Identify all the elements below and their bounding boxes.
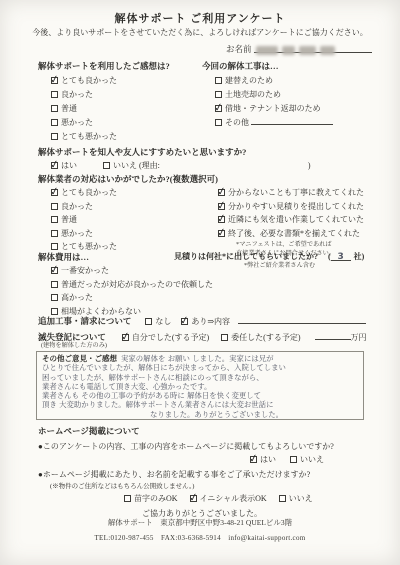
option-label: 良かった <box>61 90 93 99</box>
option-label: なし <box>155 317 171 326</box>
question-additional-work: 追加工事・請求についてなしあり⇒内容 <box>38 315 368 327</box>
note-line: *マニフェストは、ご希望であれば <box>236 241 364 250</box>
survey-option: 良かった <box>51 200 117 214</box>
footer-contact: TEL:0120-987-455 FAX:03-6368-5914 info@k… <box>0 533 400 543</box>
other-blank-line <box>251 116 333 125</box>
question-cost: 解体費用は… 見積りは何社*に出してもらいましたか?(3社) *弊社ご紹介業者さ… <box>38 251 368 263</box>
quotes-unit: 社) <box>354 252 365 261</box>
checkbox-icon <box>51 133 58 140</box>
quotes-question-text: 見積りは何社*に出してもらいましたか? <box>174 252 318 261</box>
checkbox-icon <box>215 77 222 84</box>
checkbox-icon <box>51 203 58 210</box>
checkbox-icon <box>51 119 58 126</box>
option-label: とても悪かった <box>61 132 117 141</box>
homepage-section: ホームページ掲載について ●このアンケートの内容、工事の内容をホームページに掲載… <box>38 425 368 519</box>
survey-intro: 今後、より良いサポートをさせていただく為に、よろしければアンケートにご協力くださ… <box>0 27 400 38</box>
handwritten-text: 困っていましたが、解体サポートさんに相談にのって頂きながら、 <box>42 373 358 382</box>
quotes-question: 見積りは何社*に出してもらいましたか?(3社) <box>174 251 364 262</box>
survey-option: その他 <box>215 116 333 130</box>
redacted-name <box>282 46 295 55</box>
checkbox-icon <box>145 318 152 325</box>
survey-option: 終了後、必要な書類*を揃えてくれた <box>218 227 364 241</box>
option-label: はい <box>260 455 276 464</box>
option-label: 委任した(する予定) <box>231 333 300 342</box>
checkbox-icon <box>290 456 297 463</box>
question-heading: 解体業者の対応はいかがでしたか?(複数選択可) <box>38 173 368 185</box>
survey-option: 高かった <box>51 291 213 305</box>
homepage-answer-2: 苗字のみOKイニシャル表示OKいいえ <box>124 493 368 504</box>
survey-option: 普通だったが対応が良かったので依頼した <box>51 278 213 292</box>
option-label: 苗字のみOK <box>134 494 178 503</box>
option-label: 良かった <box>61 202 93 211</box>
survey-option: とても良かった <box>51 74 170 88</box>
checkbox-icon <box>181 318 188 325</box>
comments-box: その他ご意見・ご感想実家の解体を お願い しました。実家には兄が ひとりで住んで… <box>36 351 364 420</box>
option-label: 借地・テナント返却のため <box>225 104 321 113</box>
survey-option: 分からないことも丁寧に教えてくれた <box>218 186 364 200</box>
handwritten-text: 業者さんにも電話して頂き大変、心強かったです。 <box>42 382 358 391</box>
option-label: いいえ <box>113 161 137 170</box>
checkbox-icon <box>215 119 222 126</box>
survey-option: 分かりやすい見積りを提出してくれた <box>218 200 364 214</box>
checkbox-icon <box>122 334 129 341</box>
option-label: 一番安かった <box>61 266 109 275</box>
cost-options: 一番安かった 普通だったが対応が良かったので依頼した 高かった 相場がよくわから… <box>51 264 213 318</box>
option-label: 普通 <box>61 215 77 224</box>
option-label: あり⇒内容 <box>191 317 230 326</box>
option-label: 普通だったが対応が良かったので依頼した <box>61 280 213 289</box>
redacted-name <box>299 46 316 55</box>
checkbox-icon <box>124 495 131 502</box>
reason-close: ) <box>308 161 311 170</box>
checkbox-icon <box>51 189 58 196</box>
checkbox-icon <box>51 105 58 112</box>
checkbox-icon <box>215 105 222 112</box>
name-line <box>254 44 372 53</box>
survey-option: 借地・テナント返却のため <box>215 102 333 116</box>
checkbox-icon <box>215 91 222 98</box>
question-contractor-response: 解体業者の対応はいかがでしたか?(複数選択可) とても良かった 良かった 普通 … <box>38 173 368 185</box>
question-heading: 解体サポートを利用したご感想は? <box>38 60 170 72</box>
checkbox-icon <box>51 216 58 223</box>
checkbox-icon <box>250 456 257 463</box>
amount-blank-line <box>315 331 351 340</box>
option-label: 分かりやすい見積りを提出してくれた <box>228 202 364 211</box>
question-recommend: 解体サポートを知人や友人にすすめたいと思いますか? はいいいえ (理由:) <box>38 146 368 173</box>
comments-label: その他ご意見・ご感想 <box>42 354 117 363</box>
checkbox-icon <box>51 91 58 98</box>
handwritten-text: 業者さんも その他の工事の予約がある時に 解体日を快く変更して <box>42 391 358 400</box>
details-blank-line <box>238 315 366 324</box>
footer: 解体サポート 東京都中野区中野3-48-21 QUELビル3階 TEL:0120… <box>0 517 400 543</box>
survey-option: 建替えのため <box>215 74 333 88</box>
homepage-privacy-note: (※物件のご住所などはもちろん公開致しません。) <box>50 481 368 490</box>
survey-option: 悪かった <box>51 116 170 130</box>
option-label: 悪かった <box>61 229 93 238</box>
question-heading: 解体サポートを知人や友人にすすめたいと思いますか? <box>38 146 368 158</box>
checkbox-icon <box>218 203 225 210</box>
option-label: とても良かった <box>61 76 117 85</box>
rating-options: とても良かった 良かった 普通 悪かった とても悪かった <box>51 186 117 254</box>
option-label: 近隣にも気を遣い作業してくれていた <box>228 215 364 224</box>
checkbox-icon <box>51 267 58 274</box>
survey-option: 良かった <box>51 88 170 102</box>
checkbox-icon <box>218 230 225 237</box>
question-work-type: 今回の解体工事は… 建替えのため 土地売却のため 借地・テナント返却のため その… <box>202 60 333 130</box>
quotes-count-value: 3 <box>331 252 351 261</box>
survey-option: とても良かった <box>51 186 117 200</box>
survey-option: 悪かった <box>51 227 117 241</box>
checkbox-icon <box>51 281 58 288</box>
option-label: 建替えのため <box>225 76 273 85</box>
option-label: とても良かった <box>61 188 117 197</box>
handwritten-text: なりました。ありがとうございました。 <box>150 410 358 419</box>
registration-note: (建物を解体した方のみ) <box>41 342 107 351</box>
checkbox-icon <box>51 230 58 237</box>
option-label: 終了後、必要な書類*を揃えてくれた <box>228 229 360 238</box>
checkbox-icon <box>279 495 286 502</box>
option-label: いいえ <box>300 455 324 464</box>
question-heading: 滅失登記について <box>38 332 106 342</box>
homepage-question-2: ●ホームページ掲載にあたり、お名前を記載する事をご了承いただけますか? <box>38 469 368 480</box>
checkbox-icon <box>51 308 58 315</box>
question-registration: 滅失登記について自分でした(する予定)委任した(する予定)万円 (建物を解体した… <box>38 331 368 343</box>
checkbox-icon <box>51 243 58 250</box>
amount-unit: 万円 <box>351 333 367 342</box>
redacted-name <box>256 46 278 55</box>
survey-option: とても悪かった <box>51 130 170 144</box>
survey-option: 土地売却のため <box>215 88 333 102</box>
question-impression: 解体サポートを利用したご感想は? とても良かった 良かった 普通 悪かった とて… <box>38 60 170 144</box>
footer-address: 解体サポート 東京都中野区中野3-48-21 QUELビル3階 <box>0 517 400 528</box>
comment-line: その他ご意見・ご感想実家の解体を お願い しました。実家には兄が <box>42 354 358 363</box>
survey-option: 近隣にも気を遣い作業してくれていた <box>218 213 364 227</box>
survey-option: 普通 <box>51 213 117 227</box>
option-label: 自分でした(する予定) <box>132 333 209 342</box>
redacted-name <box>320 46 335 55</box>
option-label: いいえ <box>289 494 313 503</box>
checkbox-icon <box>51 294 58 301</box>
option-label: 土地売却のため <box>225 90 281 99</box>
handwritten-text: ひとりで住んでいましたが、解体日にちが決まってから、入院してしまい <box>42 363 358 372</box>
checkbox-icon <box>218 216 225 223</box>
option-label: 高かった <box>61 293 93 302</box>
survey-option: 一番安かった <box>51 264 213 278</box>
option-label: 分からないことも丁寧に教えてくれた <box>228 188 364 197</box>
name-row: お名前 <box>226 43 372 55</box>
answer-row: はいいいえ (理由:) <box>51 159 368 173</box>
scanned-survey-sheet: 解体サポート ご利用アンケート 今後、より良いサポートをさせていただく為に、よろ… <box>0 0 400 565</box>
survey-title: 解体サポート ご利用アンケート <box>0 10 400 26</box>
section-heading: ホームページ掲載について <box>38 425 368 437</box>
option-label: その他 <box>225 118 249 127</box>
reason-open: (理由: <box>139 161 160 170</box>
question-heading: 追加工事・請求について <box>38 316 131 326</box>
question-heading: 今回の解体工事は… <box>202 60 333 72</box>
checkbox-icon <box>51 162 58 169</box>
survey-option: 普通 <box>51 102 170 116</box>
handwritten-text: 頂き 大変助かりました。解体サポートさん業者さんには大変お世話に <box>42 400 358 409</box>
option-label: はい <box>61 161 77 170</box>
question-row-1: 解体サポートを利用したご感想は? とても良かった 良かった 普通 悪かった とて… <box>0 60 400 146</box>
quotes-note: *弊社ご紹介業者さん含む <box>244 262 315 271</box>
homepage-question-1: ●このアンケートの内容、工事の内容をホームページに掲載してもよろしいですか? <box>38 441 368 452</box>
behavior-options: 分からないことも丁寧に教えてくれた 分かりやすい見積りを提出してくれた 近隣にも… <box>218 186 364 258</box>
option-label: とても悪かった <box>61 242 117 251</box>
handwritten-text: 実家の解体を お願い しました。実家には兄が <box>121 354 274 363</box>
name-label: お名前 <box>226 44 252 54</box>
checkbox-icon <box>218 189 225 196</box>
checkbox-icon <box>103 162 110 169</box>
checkbox-icon <box>190 495 197 502</box>
checkbox-icon <box>221 334 228 341</box>
option-label: 普通 <box>61 104 77 113</box>
checkbox-icon <box>51 77 58 84</box>
option-label: イニシャル表示OK <box>200 494 267 503</box>
option-label: 悪かった <box>61 118 93 127</box>
homepage-answer-1: はいいいえ <box>250 454 368 465</box>
